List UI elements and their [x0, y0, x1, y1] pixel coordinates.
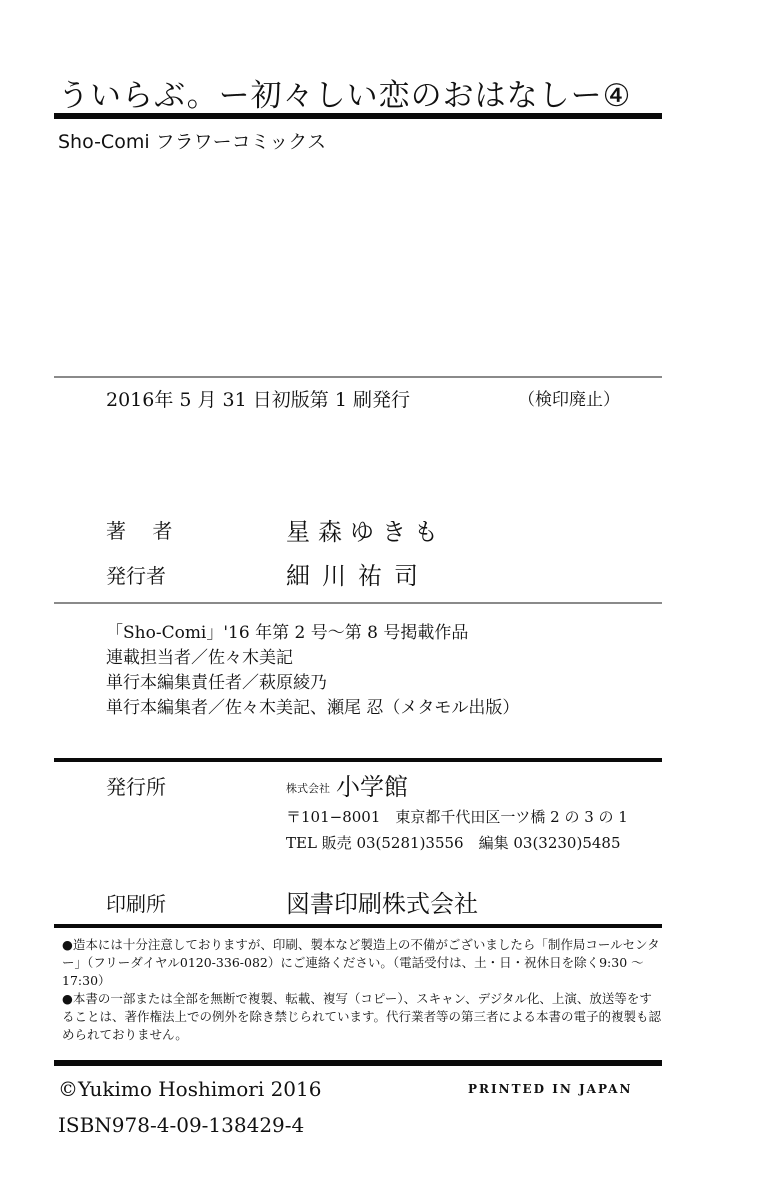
publisher-house-name: 小学館 [336, 767, 408, 802]
printer-name: 図書印刷株式会社 [286, 884, 478, 919]
publisher-person-name: 細川祐司 [286, 556, 430, 591]
divider-footer [54, 1060, 662, 1066]
credit-line: 単行本編集責任者／萩原綾乃 [106, 668, 327, 693]
notice-copyright: ●本書の一部または全部を無断で複製、転載、複写（コピー）、スキャン、デジタル化、… [62, 990, 662, 1044]
publisher-house-label: 発行所 [106, 771, 166, 800]
publisher-house-prefix: 株式会社 [286, 780, 330, 796]
isbn: ISBN978-4-09-138429-4 [58, 1113, 304, 1137]
imprint-label: Sho-Comi フラワーコミックス [58, 127, 326, 154]
book-title: ういらぶ。ー初々しい恋のおはなしー④ [58, 70, 631, 115]
publisher-phone: TEL 販売 03(5281)3556 編集 03(3230)5485 [286, 832, 621, 853]
divider-people [54, 602, 662, 604]
divider-publisher [54, 758, 662, 762]
seal-note: （検印廃止） [518, 385, 620, 410]
author-label: 著 者 [106, 515, 182, 544]
divider-publication [54, 376, 662, 378]
divider-printer [54, 924, 662, 928]
credit-line: 「Sho-Comi」'16 年第 2 号〜第 8 号掲載作品 [106, 618, 468, 643]
printer-label: 印刷所 [106, 888, 166, 917]
credit-line: 単行本編集者／佐々木美記、瀬尾 忍（メタモル出版） [106, 693, 519, 718]
publication-date: 2016年 5 月 31 日初版第 1 刷発行 [106, 385, 410, 412]
printed-in-label: PRINTED IN JAPAN [468, 1082, 632, 1096]
copyright-line: ©Yukimo Hoshimori 2016 [58, 1077, 321, 1101]
publisher-person-label: 発行者 [106, 560, 166, 589]
divider-top [54, 113, 662, 119]
credit-line: 連載担当者／佐々木美記 [106, 643, 293, 668]
author-name: 星森ゆきも [286, 512, 446, 547]
publisher-address: 〒101−8001 東京都千代田区一ツ橋 2 の 3 の 1 [286, 806, 628, 827]
notice-defects: ●造本には十分注意しておりますが、印刷、製本など製造上の不備がございましたら「制… [62, 936, 662, 990]
